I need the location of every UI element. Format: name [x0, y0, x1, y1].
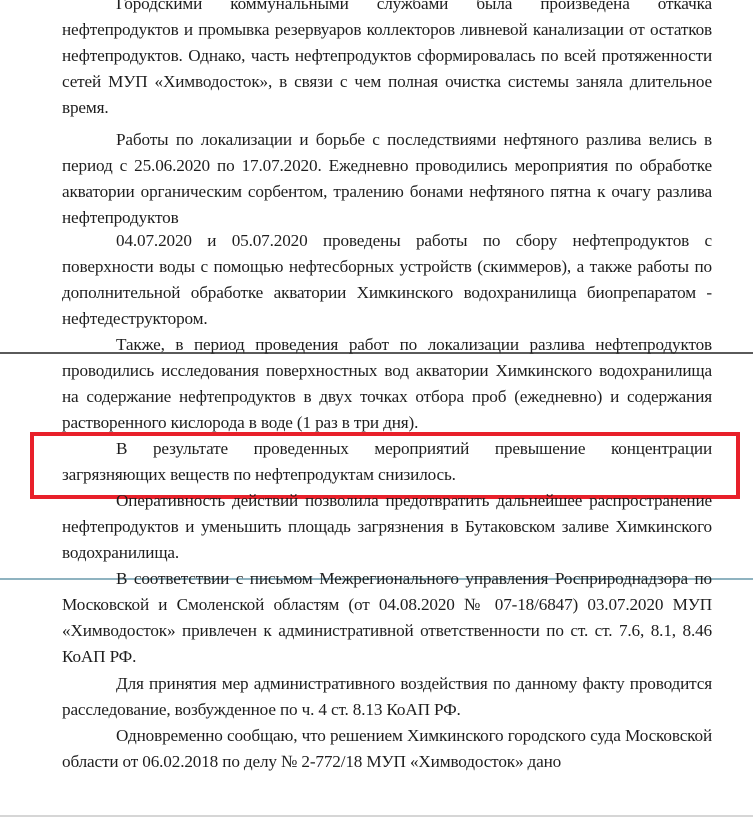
- paragraph-skimmer-works: 04.07.2020 и 05.07.2020 проведены работы…: [62, 228, 712, 332]
- page-bottom-edge: [0, 815, 753, 817]
- paragraph-localization-works: Работы по локализации и борьбе с последс…: [62, 127, 712, 231]
- paragraph-court-decision: Одновременно сообщаю, что решением Химки…: [62, 723, 712, 775]
- paragraph-liability: В соответствии с письмом Межрегиональног…: [62, 566, 712, 670]
- paragraph-investigation: Для принятия мер административного возде…: [62, 671, 712, 723]
- document-page: Городскими коммунальными службами была п…: [0, 0, 753, 823]
- paragraph-result-highlighted: В результате проведенных мероприятий пре…: [62, 436, 712, 488]
- paragraph-water-research: Также, в период проведения работ по лока…: [62, 332, 712, 436]
- paragraph-efficiency: Оперативность действий позволила предотв…: [62, 488, 712, 566]
- paragraph-cleanup: Городскими коммунальными службами была п…: [62, 0, 712, 121]
